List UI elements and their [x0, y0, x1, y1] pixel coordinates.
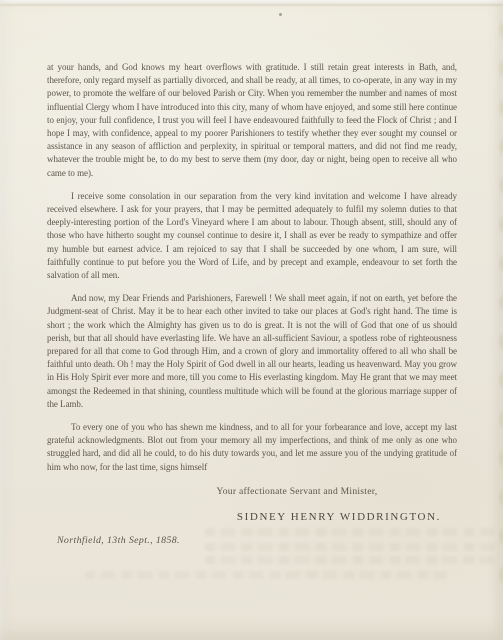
place-dateline: Northfield, 13th Sept., 1858.	[57, 534, 457, 547]
letter-page: at your hands, and God knows my heart ov…	[0, 0, 503, 640]
deckled-right-edge	[488, 10, 503, 585]
paragraph: I receive some consolation in our separa…	[47, 190, 457, 282]
letter-body: at your hands, and God knows my heart ov…	[47, 61, 457, 548]
signature-name: SIDNEY HENRY WIDDRINGTON.	[47, 511, 457, 524]
paragraph: To every one of you who has shewn me kin…	[47, 421, 457, 474]
show-through-artifact	[205, 556, 497, 564]
page-top-edge-shadow	[0, 0, 503, 7]
paper-speck	[279, 13, 282, 16]
valediction: Your affectionate Servant and Minister,	[137, 485, 457, 498]
paragraph: at your hands, and God knows my heart ov…	[47, 61, 457, 180]
paragraph: And now, my Dear Friends and Parishioner…	[47, 292, 457, 411]
show-through-artifact	[85, 571, 447, 579]
